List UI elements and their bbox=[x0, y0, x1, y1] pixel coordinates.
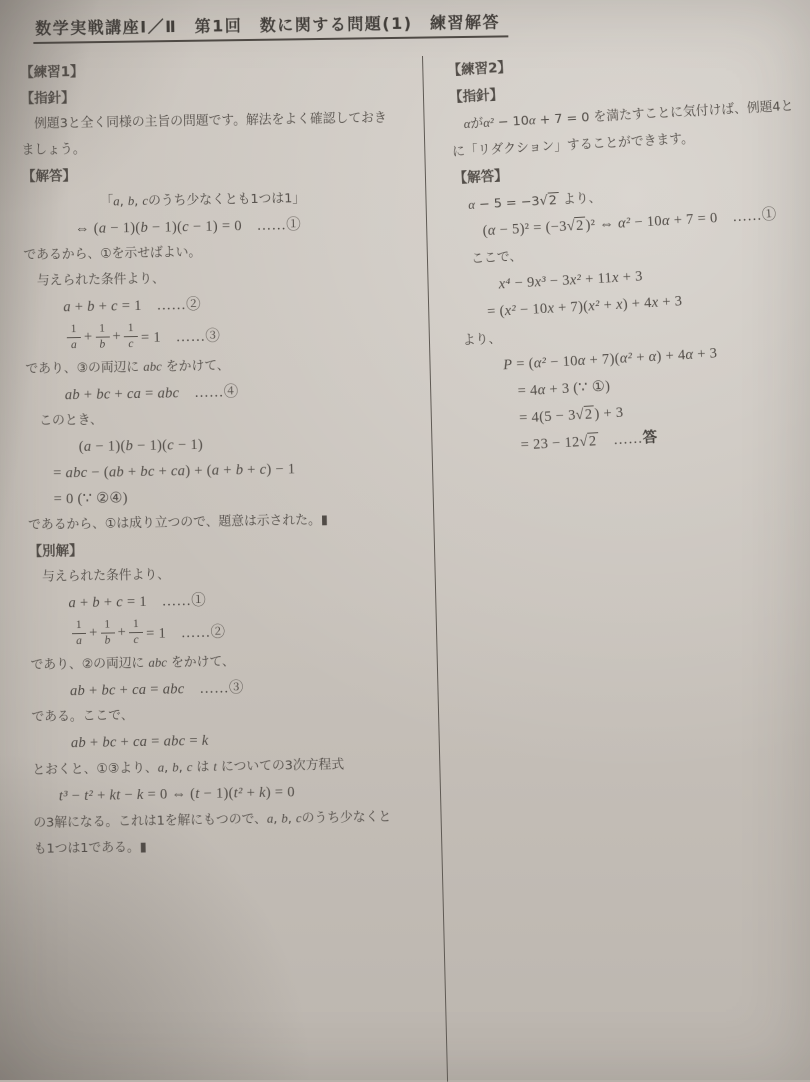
fraction: 1c bbox=[129, 618, 144, 647]
fraction: 1b bbox=[100, 618, 115, 647]
practice2-column: 【練習2】【指針】αがα² − 10α + 7 = 0 を満たすことに気付けば、… bbox=[447, 35, 810, 463]
page-title: 数学実戦講座Ⅰ／Ⅱ 第1回 数に関する問題(1) 練習解答 bbox=[33, 9, 508, 44]
sqrt-radical: √2 bbox=[575, 405, 595, 423]
fraction: 1a bbox=[67, 323, 82, 352]
answer-mark: 答 bbox=[642, 430, 658, 447]
sqrt-radical: √2 bbox=[539, 192, 559, 209]
paper-sheet: 数学実戦講座Ⅰ／Ⅱ 第1回 数に関する問題(1) 練習解答 【練習1】【指針】例… bbox=[0, 0, 810, 1080]
text-line: も1つは1である。▮ bbox=[34, 830, 436, 863]
sqrt-radical: √2 bbox=[566, 217, 586, 235]
sqrt-radical: √2 bbox=[579, 432, 599, 450]
fraction: 1b bbox=[95, 322, 110, 351]
fraction: 1a bbox=[72, 619, 87, 648]
practice1-column: 【練習1】【指針】例題3と全く同様の主旨の問題です。解法をよく確認しておきましょ… bbox=[20, 53, 436, 863]
fraction: 1c bbox=[124, 322, 139, 351]
